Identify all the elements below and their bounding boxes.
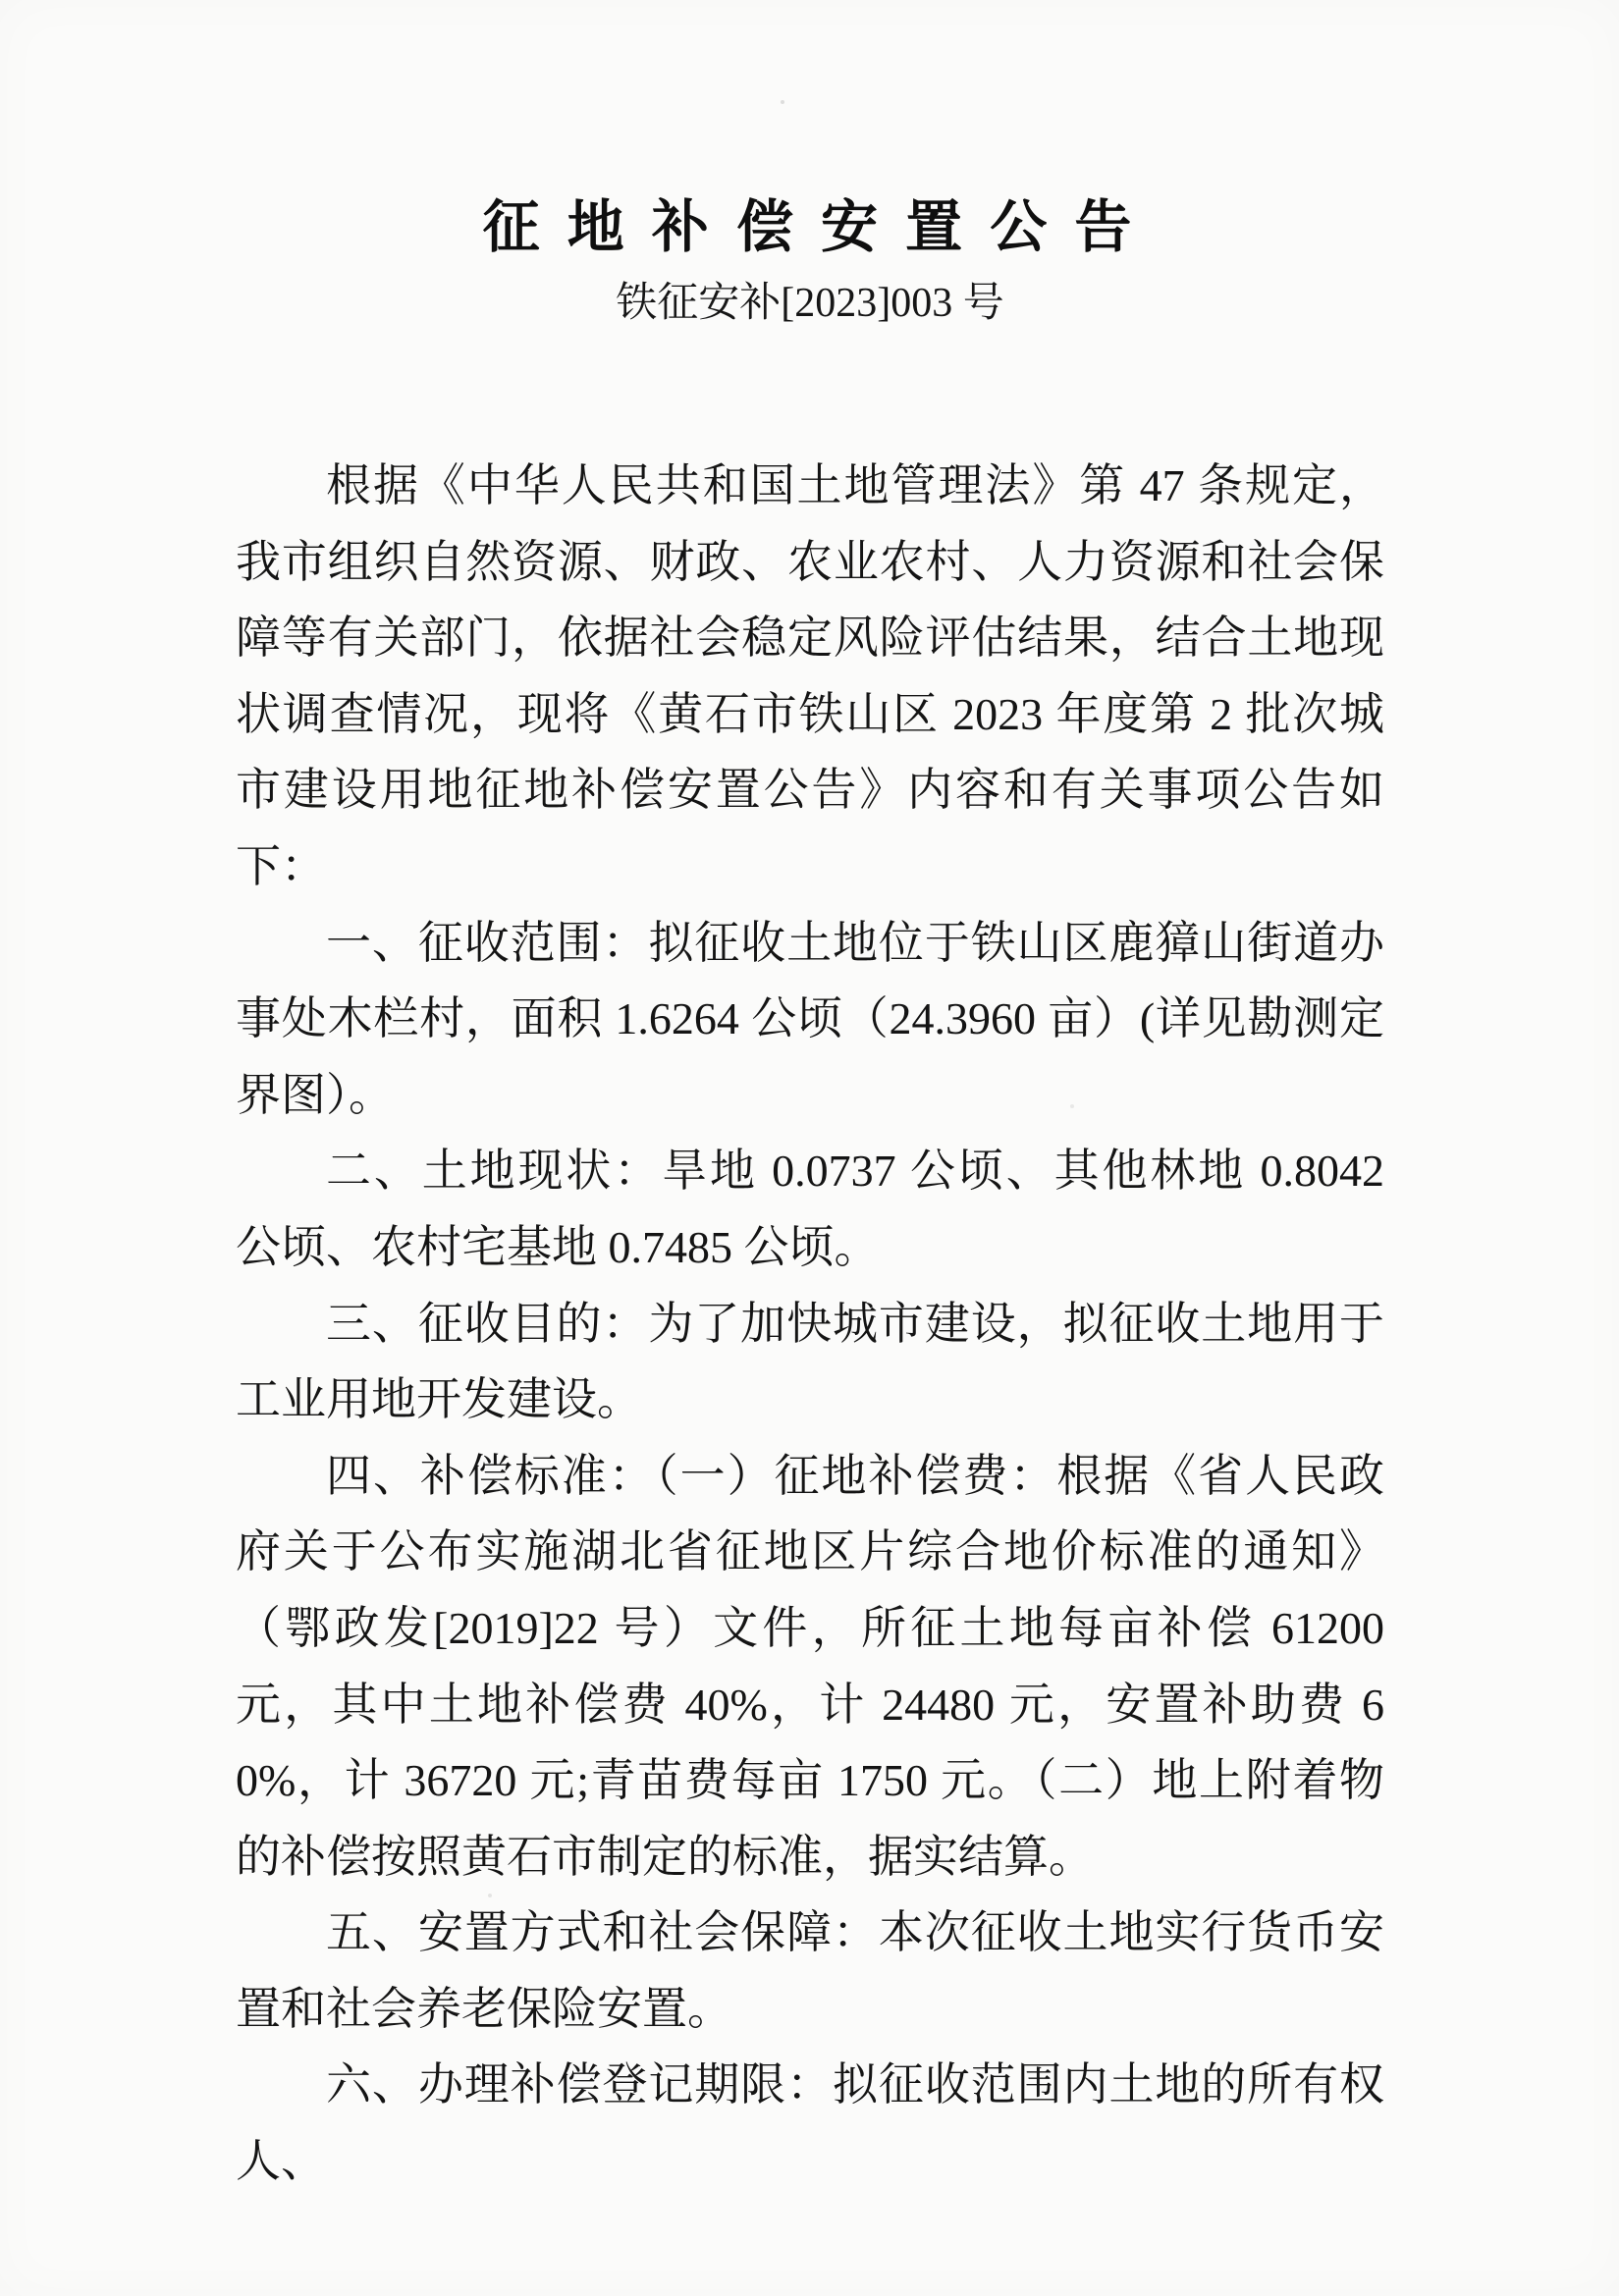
paragraph-section-2: 二、土地现状：旱地 0.0737 公顷、其他林地 0.8042 公顷、农村宅基地… [236, 1133, 1384, 1285]
document-content: 征 地 补 偿 安 置 公 告 铁征安补[2023]003 号 根据《中华人民共… [236, 0, 1384, 2200]
document-body: 根据《中华人民共和国土地管理法》第 47 条规定，我市组织自然资源、财政、农业农… [236, 448, 1384, 2200]
scanned-document-page: 征 地 补 偿 安 置 公 告 铁征安补[2023]003 号 根据《中华人民共… [0, 0, 1619, 2296]
document-title: 征 地 补 偿 安 置 公 告 [236, 0, 1384, 263]
paragraph-section-5: 五、安置方式和社会保障：本次征收土地实行货币安置和社会养老保险安置。 [236, 1895, 1384, 2047]
paragraph-section-6: 六、办理补偿登记期限：拟征收范围内土地的所有权人、 [236, 2047, 1384, 2199]
paragraph-intro: 根据《中华人民共和国土地管理法》第 47 条规定，我市组织自然资源、财政、农业农… [236, 448, 1384, 905]
paragraph-section-4: 四、补偿标准：（一）征地补偿费：根据《省人民政府关于公布实施湖北省征地区片综合地… [236, 1438, 1384, 1896]
paragraph-section-1: 一、征收范围：拟征收土地位于铁山区鹿獐山街道办事处木栏村，面积 1.6264 公… [236, 905, 1384, 1134]
paragraph-section-3: 三、征收目的：为了加快城市建设，拟征收土地用于工业用地开发建设。 [236, 1286, 1384, 1438]
document-number: 铁征安补[2023]003 号 [236, 275, 1384, 332]
